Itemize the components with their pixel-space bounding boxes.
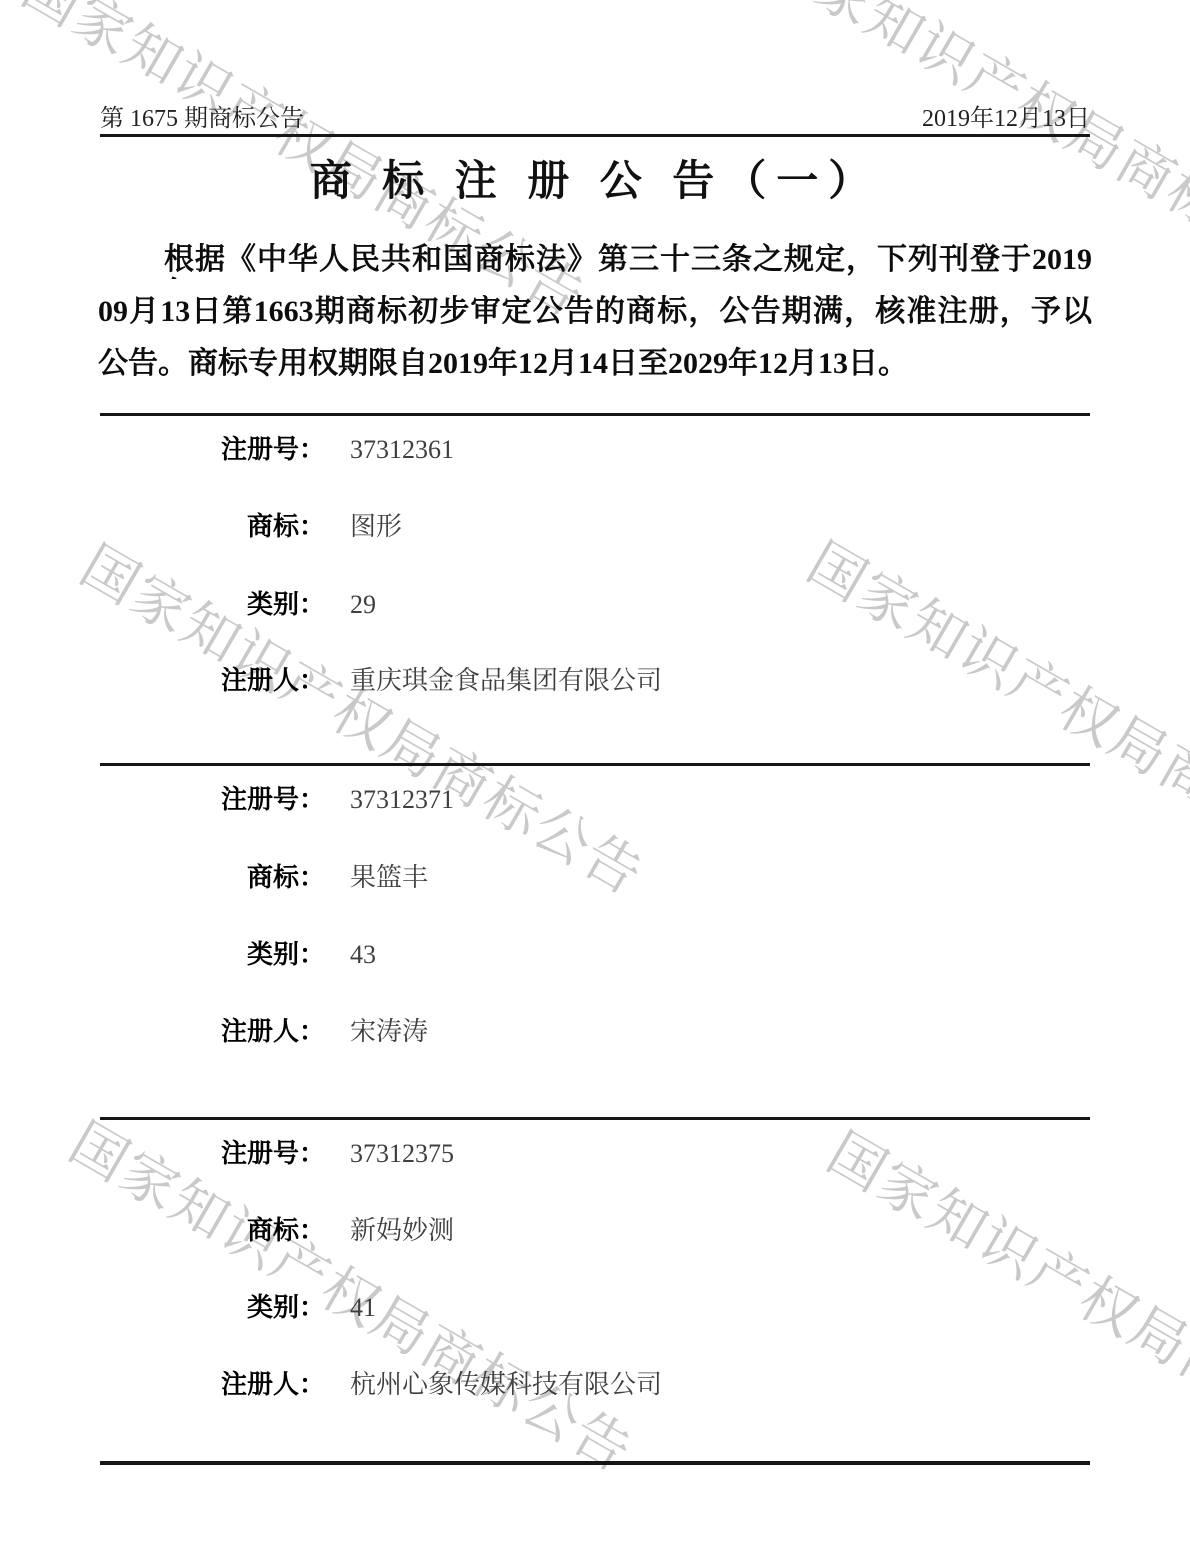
class-row: 类别： 29 (0, 589, 1190, 621)
registrant-row: 注册人： 重庆琪金食品集团有限公司 (0, 665, 1190, 697)
header-issue-number: 第 1675 期商标公告 (100, 98, 304, 133)
class-label: 类别： (100, 589, 325, 621)
class-label: 类别： (100, 1292, 325, 1324)
registrant-value: 杭州心象传媒科技有限公司 (350, 1369, 662, 1401)
reg-no-value: 37312361 (350, 434, 454, 466)
class-value: 43 (350, 939, 376, 971)
registrant-row: 注册人： 宋涛涛 (0, 1016, 1190, 1048)
reg-no-label: 注册号： (100, 784, 325, 816)
reg-no-value: 37312375 (350, 1138, 454, 1170)
header-rule (100, 134, 1090, 137)
registrant-label: 注册人： (100, 1369, 325, 1401)
trademark-gazette-page: 国家知识产权局商标公告 国家知识产权局商标公告 国家知识产权局商标公告 国家知识… (0, 0, 1190, 1564)
intro-line-3: 公告。商标专用权期限自2019年12月14日至2029年12月13日。 (98, 347, 1092, 381)
class-value: 41 (350, 1292, 376, 1324)
reg-no-row: 注册号： 37312361 (0, 434, 1190, 466)
content-layer: 第 1675 期商标公告 2019年12月13日 商 标 注 册 公 告（一） … (0, 0, 1190, 1564)
record-separator (100, 413, 1090, 416)
reg-no-row: 注册号： 37312371 (0, 784, 1190, 816)
class-value: 29 (350, 589, 376, 621)
intro-line-2: 09月13日第1663期商标初步审定公告的商标，公告期满，核准注册，予以 (98, 295, 1092, 331)
registrant-label: 注册人： (100, 665, 325, 697)
trademark-value: 新妈妙测 (350, 1215, 454, 1247)
intro-line-1: 根据《中华人民共和国商标法》第三十三条之规定，下列刊登于2019年 (98, 243, 1092, 279)
class-row: 类别： 43 (0, 939, 1190, 971)
record-separator (100, 763, 1090, 766)
reg-no-value: 37312371 (350, 784, 454, 816)
reg-no-row: 注册号： 37312375 (0, 1138, 1190, 1170)
trademark-value: 果篮丰 (350, 862, 428, 894)
trademark-label: 商标： (100, 862, 325, 894)
reg-no-label: 注册号： (100, 434, 325, 466)
trademark-row: 商标： 图形 (0, 511, 1190, 543)
class-label: 类别： (100, 939, 325, 971)
reg-no-label: 注册号： (100, 1138, 325, 1170)
class-row: 类别： 41 (0, 1292, 1190, 1324)
page-title: 商 标 注 册 公 告（一） (0, 148, 1190, 208)
record-separator (100, 1117, 1090, 1120)
trademark-label: 商标： (100, 1215, 325, 1247)
header-date: 2019年12月13日 (922, 98, 1090, 133)
registrant-label: 注册人： (100, 1016, 325, 1048)
trademark-row: 商标： 果篮丰 (0, 862, 1190, 894)
trademark-value: 图形 (350, 511, 402, 543)
registrant-row: 注册人： 杭州心象传媒科技有限公司 (0, 1369, 1190, 1401)
registrant-value: 重庆琪金食品集团有限公司 (350, 665, 662, 697)
registrant-value: 宋涛涛 (350, 1016, 428, 1048)
trademark-row: 商标： 新妈妙测 (0, 1215, 1190, 1247)
bottom-rule (100, 1461, 1090, 1465)
trademark-label: 商标： (100, 511, 325, 543)
